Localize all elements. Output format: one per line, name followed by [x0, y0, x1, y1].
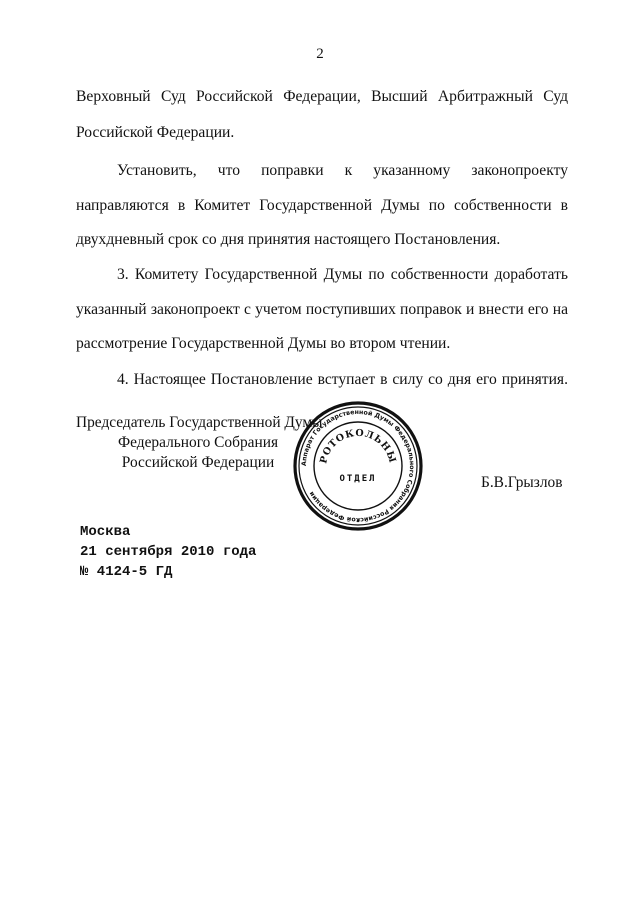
- signatory-name: Б.В.Грызлов: [481, 474, 562, 492]
- paragraph-line: указанный законопроект с учетом поступив…: [76, 301, 568, 319]
- page-number: 2: [0, 46, 640, 63]
- paragraph-line: Верховный Суд Российской Федерации, Высш…: [76, 88, 568, 106]
- document-footer: Москва 21 сентября 2010 года № 4124-5 ГД: [80, 522, 256, 582]
- document-page: 2 Верховный Суд Российской Федерации, Вы…: [0, 0, 640, 905]
- stamp-inner-center-text: ОТДЕЛ: [339, 474, 376, 484]
- official-stamp-icon: Аппарат Государственной Думы Федеральног…: [283, 401, 433, 531]
- city: Москва: [80, 522, 256, 542]
- document-number: № 4124-5 ГД: [80, 562, 256, 582]
- date: 21 сентября 2010 года: [80, 542, 256, 562]
- paragraph-line: Российской Федерации.: [76, 124, 568, 142]
- paragraph-line: двухдневный срок со дня принятия настоящ…: [76, 231, 568, 249]
- paragraph-line: направляются в Комитет Государственной Д…: [76, 197, 568, 215]
- svg-text:Аппарат Государственной Думы Ф: Аппарат Государственной Думы Федеральног…: [301, 409, 415, 524]
- paragraph-line: Установить, что поправки к указанному за…: [117, 162, 568, 180]
- paragraph-line: 3. Комитету Государственной Думы по собс…: [117, 266, 568, 284]
- stamp-outer-text: Аппарат Государственной Думы Федеральног…: [301, 409, 415, 524]
- paragraph-line: 4. Настоящее Постановление вступает в си…: [117, 371, 568, 389]
- paragraph-line: рассмотрение Государственной Думы во вто…: [76, 335, 568, 353]
